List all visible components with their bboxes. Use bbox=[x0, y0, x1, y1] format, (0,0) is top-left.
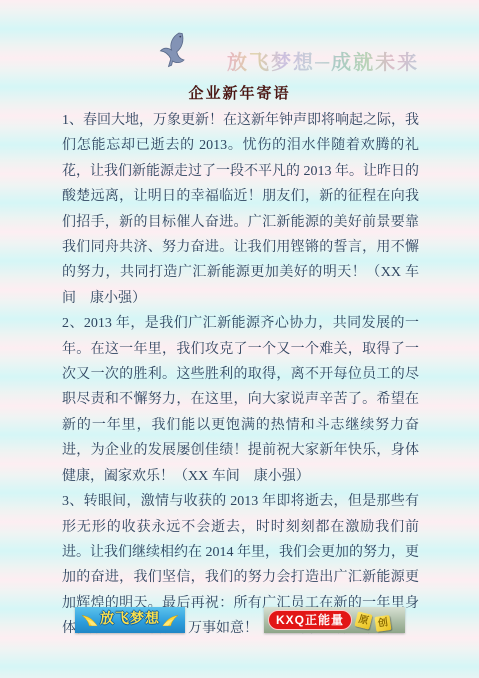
original-stamp-2: 创 bbox=[374, 615, 391, 632]
kxq-badge: KXQ正能量 bbox=[268, 610, 352, 630]
page-title: 企业新年寄语 bbox=[0, 82, 479, 103]
paragraph-1: 1、春回大地，万象更新！在这新年钟声即将响起之际，我们怎能忘却已逝去的 2013… bbox=[62, 108, 419, 311]
paragraph-2: 2、2013 年，是我们广汇新能源齐心协力，共同发展的一年。在这一年里，我们攻克… bbox=[62, 311, 419, 489]
right-banner: KXQ正能量 原 创 bbox=[264, 607, 405, 633]
decorative-slogan: 放飞梦想─成就未来 bbox=[227, 46, 422, 75]
left-banner: 放飞梦想 bbox=[75, 607, 185, 633]
document-body: 1、春回大地，万象更新！在这新年钟声即将响起之际，我们怎能忘却已逝去的 2013… bbox=[62, 108, 419, 642]
left-banner-text: 放飞梦想 bbox=[100, 613, 160, 627]
document-page: 放飞梦想─成就未来 企业新年寄语 1、春回大地，万象更新！在这新年钟声即将响起之… bbox=[0, 0, 479, 678]
wing-right-icon bbox=[162, 614, 178, 626]
original-stamp-1: 原 bbox=[354, 611, 372, 629]
wing-left-icon bbox=[82, 614, 98, 626]
dove-icon bbox=[158, 32, 190, 68]
